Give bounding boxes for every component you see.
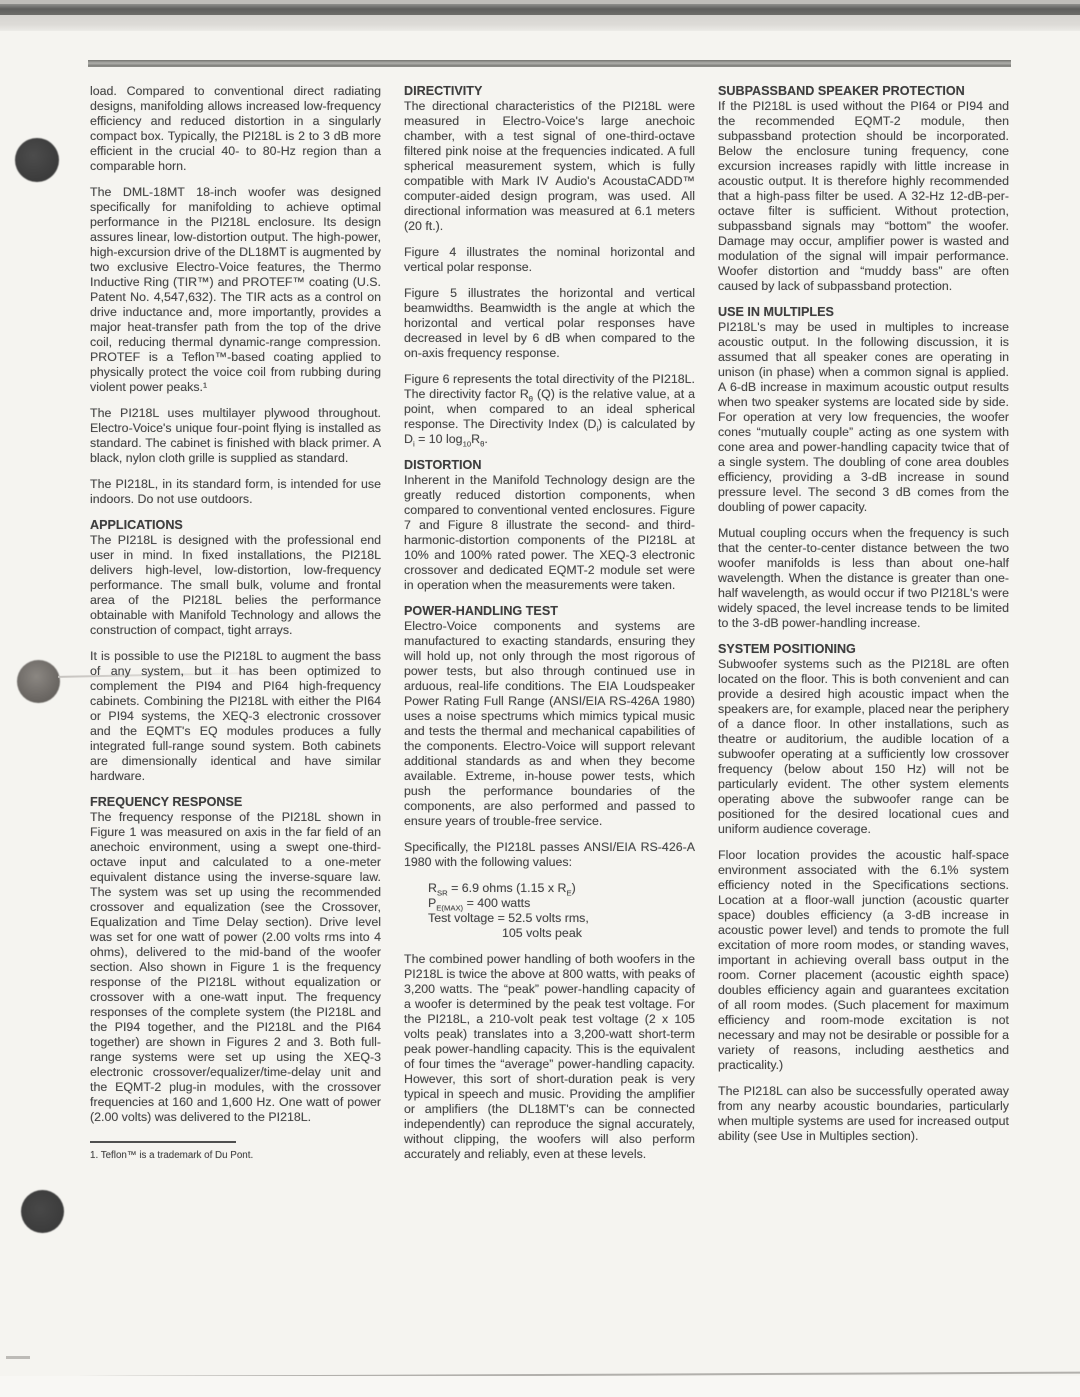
value-test-voltage: Test voltage = 52.5 volts rms,: [428, 911, 695, 926]
paragraph-figure4: Figure 4 illustrates the nominal horizon…: [404, 245, 695, 275]
paragraph-distortion: Inherent in the Manifold Technology desi…: [404, 473, 695, 593]
column-3: SUBPASSBAND SPEAKER PROTECTION If the PI…: [718, 84, 1009, 1173]
column-2: DIRECTIVITY The directional characterist…: [404, 84, 695, 1173]
power-test-values: RSR = 6.9 ohms (1.15 x RE) PE(MAX) = 400…: [428, 881, 695, 941]
section-heading-frequency-response: FREQUENCY RESPONSE: [90, 795, 381, 810]
paragraph-indoor-use: The PI218L, in its standard form, is int…: [90, 477, 381, 507]
footnote-teflon: 1. Teflon™ is a trademark of Du Pont.: [90, 1150, 381, 1162]
paragraph-plywood-cabinet: The PI218L uses multilayer plywood throu…: [90, 406, 381, 466]
scan-edge-dark-bar: [0, 4, 1080, 15]
paragraph-applications: The PI218L is designed with the professi…: [90, 533, 381, 638]
paragraph-passes-ansi: Specifically, the PI218L passes ANSI/EIA…: [404, 840, 695, 870]
scan-below-edge: [0, 1376, 1080, 1397]
value-pemax: PE(MAX) = 400 watts: [428, 896, 695, 911]
scanned-datasheet-page: load. Compared to conventional direct ra…: [0, 0, 1080, 1397]
paragraph-figure5: Figure 5 illustrates the horizontal and …: [404, 286, 695, 361]
hole-punch-mark-1: [15, 138, 59, 182]
section-heading-system-positioning: SYSTEM POSITIONING: [718, 642, 1009, 657]
section-heading-applications: APPLICATIONS: [90, 518, 381, 533]
paragraph-floor-location: Floor location provides the acoustic hal…: [718, 848, 1009, 1073]
section-heading-use-in-multiples: USE IN MULTIPLES: [718, 305, 1009, 320]
scan-edge-band: [0, 15, 1080, 31]
paragraph-directivity: The directional characteristics of the P…: [404, 99, 695, 234]
section-heading-directivity: DIRECTIVITY: [404, 84, 695, 99]
hole-punch-mark-3: [21, 1190, 64, 1233]
section-heading-subpassband: SUBPASSBAND SPEAKER PROTECTION: [718, 84, 1009, 99]
column-1: load. Compared to conventional direct ra…: [90, 84, 381, 1173]
paragraph-mutual-coupling: Mutual coupling occurs when the frequenc…: [718, 526, 1009, 631]
paragraph-use-in-multiples: PI218L's may be used in multiples to inc…: [718, 320, 1009, 515]
paragraph-power-handling: Electro-Voice components and systems are…: [404, 619, 695, 829]
paragraph-load-compared: load. Compared to conventional direct ra…: [90, 84, 381, 174]
paragraph-augment-bass: It is possible to use the PI218L to augm…: [90, 649, 381, 784]
three-column-text-block: load. Compared to conventional direct ra…: [90, 84, 1011, 1173]
footnote-rule: [90, 1141, 236, 1143]
paragraph-acoustic-boundaries: The PI218L can also be successfully oper…: [718, 1084, 1009, 1144]
value-rsr: RSR = 6.9 ohms (1.15 x RE): [428, 881, 695, 896]
paragraph-dml18mt-woofer: The DML-18MT 18-inch woofer was designed…: [90, 185, 381, 395]
value-peak-voltage: 105 volts peak: [502, 926, 695, 941]
paragraph-figure6-directivity-factor: Figure 6 represents the total directivit…: [404, 372, 695, 447]
section-heading-distortion: DISTORTION: [404, 458, 695, 473]
paragraph-subpassband: If the PI218L is used without the PI64 o…: [718, 99, 1009, 294]
hole-punch-mark-2: [17, 660, 60, 703]
paragraph-combined-power: The combined power handling of both woof…: [404, 952, 695, 1162]
paragraph-frequency-response: The frequency response of the PI218L sho…: [90, 810, 381, 1125]
section-heading-power-handling: POWER-HANDLING TEST: [404, 604, 695, 619]
scan-dash-artifact: [6, 1356, 30, 1359]
header-rule: [88, 60, 1011, 67]
paragraph-system-positioning: Subwoofer systems such as the PI218L are…: [718, 657, 1009, 837]
